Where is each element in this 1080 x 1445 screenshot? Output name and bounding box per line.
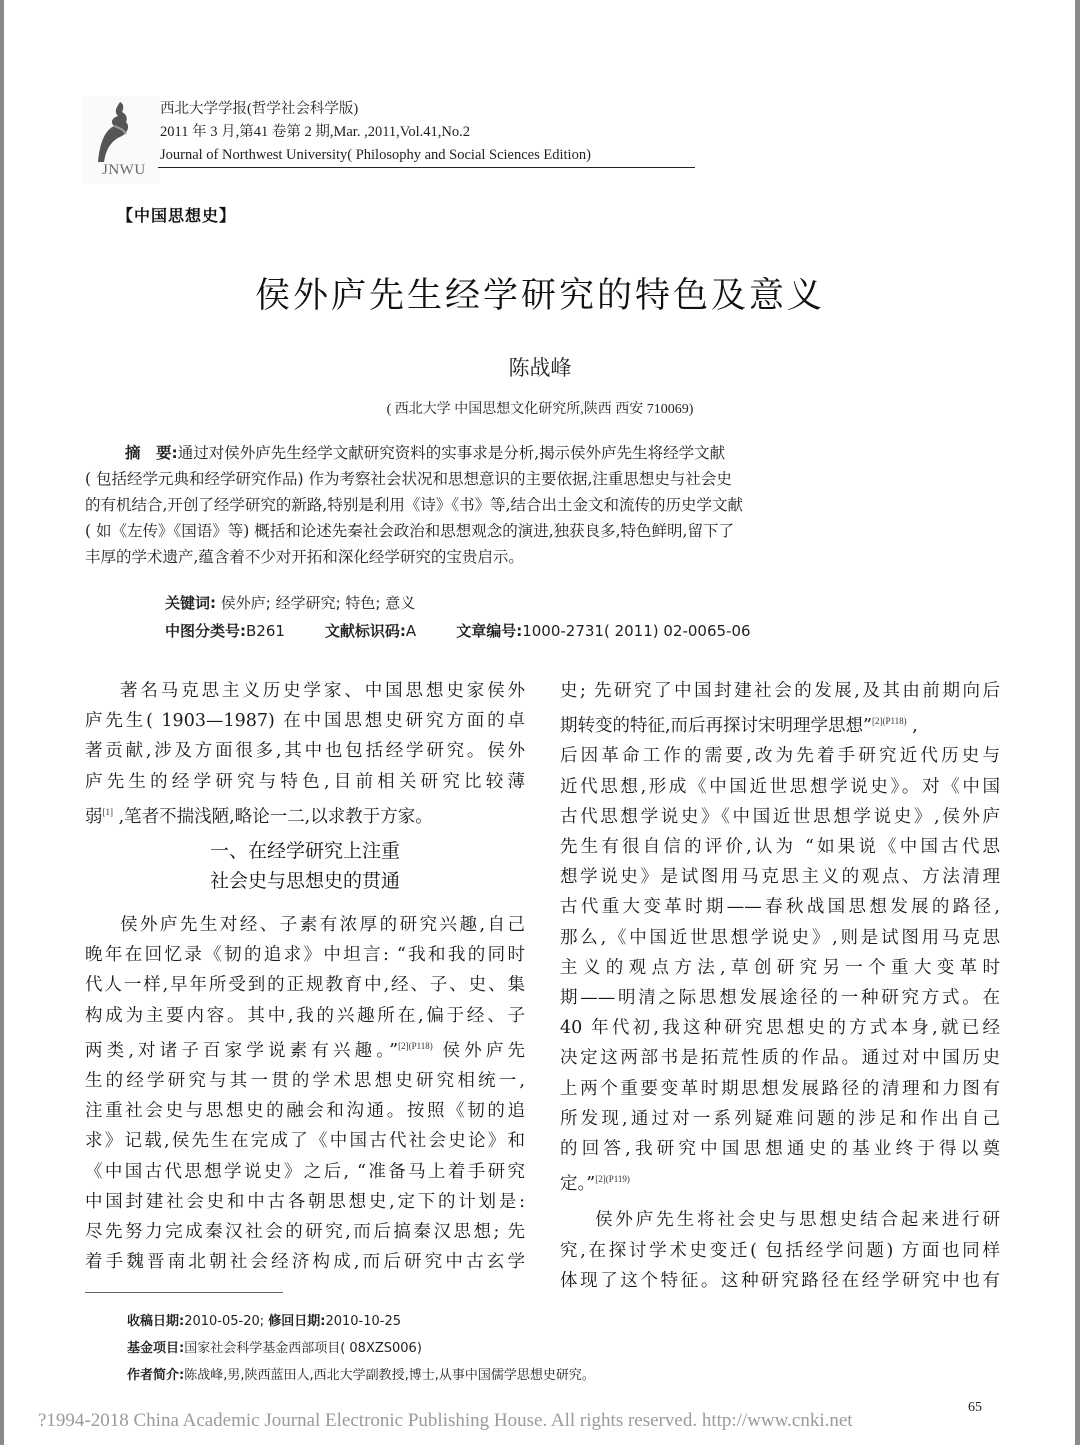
body-line: 代人一样,早年所受到的正规教育中,经、子、史、集 [85, 970, 525, 1000]
keywords: 关键词: 侯外庐; 经学研究; 特色; 意义 [165, 592, 415, 613]
body-line: 期转变的特征,而后再探讨宋明理学思想”[2](P118) , [560, 706, 1000, 741]
body-line: 庐先生的经学研究与特色,目前相关研究比较薄 [85, 767, 525, 797]
torch-logo-icon [90, 100, 140, 164]
body-line: 决定这两部书是拓荒性质的作品。通过对中国历史 [560, 1043, 1000, 1073]
copyright-watermark: ?1994-2018 China Academic Journal Electr… [38, 1410, 853, 1432]
footnote-rule [85, 1292, 283, 1293]
body-column-left: 著名马克思主义历史学家、中国思想史家侯外 庐先生( 1903—1987) 在中国… [85, 676, 525, 832]
page-right-edge [1075, 0, 1080, 1445]
article-title: 侯外庐先生经学研究的特色及意义 [0, 268, 1080, 318]
body-line: 晚年在回忆录《韧的追求》中坦言: “我和我的同时 [85, 940, 525, 970]
abstract: 摘 要:通过对侯外庐先生经学文献研究资料的实事求是分析,揭示侯外庐先生将经学文献… [85, 440, 965, 570]
masthead-rule [158, 167, 695, 168]
footnote-dates: 收稿日期:2010-05-20; 修回日期:2010-10-25 [127, 1310, 401, 1329]
abstract-line: ( 如《左传》《国语》等) 概括和论述先秦社会政治和思想观念的演进,独获良多,特… [85, 518, 965, 544]
keywords-value: 侯外庐; 经学研究; 特色; 意义 [221, 594, 415, 612]
body-line: 两类,对诸子百家学说素有兴趣。”[2](P118) 侯外庐先 [85, 1031, 525, 1066]
body-line: 尽先努力完成秦汉社会的研究,而后搞秦汉思想; 先 [85, 1217, 525, 1247]
page-left-edge [0, 0, 4, 1445]
article-author: 陈战峰 [0, 352, 1080, 382]
body-line: 上两个重要变革时期思想发展路径的清理和力图有 [560, 1074, 1000, 1104]
body-line: 庐先生( 1903—1987) 在中国思想史研究方面的卓 [85, 706, 525, 736]
body-line: 侯外庐先生将社会史与思想史结合起来进行研 [560, 1205, 1000, 1235]
journal-name-cn: 西北大学学报(哲学社会科学版) [160, 98, 591, 121]
citation: [2](P119) [595, 1174, 630, 1184]
body-line: 古代重大变革时期——春秋战国思想发展的路径, [560, 892, 1000, 922]
body-line: 侯外庐先生对经、子素有浓厚的研究兴趣,自己 [85, 910, 525, 940]
abstract-line: 丰厚的学术遗产,蕴含着不少对开拓和深化经学研究的宝贵启示。 [85, 544, 965, 570]
body-line: 古代思想学说史》《中国近世思想学说史》,侯外庐 [560, 802, 1000, 832]
keywords-label: 关键词: [165, 594, 216, 612]
body-line: 近代思想,形成《中国近世思想学说史》。对《中国 [560, 772, 1000, 802]
clc-label: 中图分类号: [165, 622, 246, 640]
body-line: 弱[1] ,笔者不揣浅陋,略论一二,以求教于方家。 [85, 797, 525, 832]
article-no-value: 1000-2731( 2011) 02-0065-06 [522, 622, 750, 640]
doc-code-value: A [406, 622, 416, 640]
body-line: 定。”[2](P119) [560, 1164, 1000, 1199]
body-line: 生的经学研究与其一贯的学术思想史研究相统一, [85, 1066, 525, 1096]
body-line: 想学说史》是试图用马克思主义的观点、方法清理 [560, 862, 1000, 892]
body-line: 著贡献,涉及方面很多,其中也包括经学研究。侯外 [85, 736, 525, 766]
body-line: 中国封建社会史和中古各朝思想史,定下的计划是: [85, 1187, 525, 1217]
journal-issue: 2011 年 3 月,第41 卷第 2 期,Mar. ,2011,Vol.41,… [160, 121, 591, 144]
body-line: 主义的观点方法,草创研究另一个重大变革时 [560, 953, 1000, 983]
body-line: 《中国古代思想学说史》之后, “准备马上着手研究 [85, 1157, 525, 1187]
clc-value: B261 [246, 622, 285, 640]
body-line: 著名马克思主义历史学家、中国思想史家侯外 [85, 676, 525, 706]
section-tag: 【中国思想史】 [117, 203, 236, 226]
body-line: 构成为主要内容。其中,我的兴趣所在,偏于经、子 [85, 1001, 525, 1031]
body-column-right: 史; 先研究了中国封建社会的发展,及其由前期向后 期转变的特征,而后再探讨宋明理… [560, 676, 1000, 1296]
classification-line: 中图分类号:B261文献标识码:A文章编号:1000-2731( 2011) 0… [165, 620, 751, 641]
journal-name-en: Journal of Northwest University( Philoso… [160, 144, 591, 167]
citation: [1] [103, 807, 114, 817]
footnote-author-bio: 作者简介:陈战峰,男,陕西蓝田人,西北大学副教授,博士,从事中国儒学思想史研究。 [127, 1364, 595, 1383]
footnote-fund: 基金项目:国家社会科学基金西部项目( 08XZS006) [127, 1337, 422, 1356]
body-line: 求》记载,侯先生在完成了《中国古代社会史论》和 [85, 1126, 525, 1156]
journal-logo: JNWU [82, 96, 160, 184]
body-line: 的回答,我研究中国思想通史的基业终于得以奠 [560, 1134, 1000, 1164]
page-number: 65 [968, 1400, 982, 1416]
citation: [2](P118) [872, 716, 907, 726]
citation: [2](P118) [398, 1041, 433, 1051]
article-affiliation: ( 西北大学 中国思想文化研究所,陕西 西安 710069) [0, 398, 1080, 418]
abstract-line: 摘 要:通过对侯外庐先生经学文献研究资料的实事求是分析,揭示侯外庐先生将经学文献 [85, 440, 965, 466]
body-line: 究,在探讨学术史变迁( 包括经学问题) 方面也同样 [560, 1236, 1000, 1266]
body-line: 先生有很自信的评价,认为 “如果说《中国古代思 [560, 832, 1000, 862]
doc-code-label: 文献标识码: [325, 622, 406, 640]
abstract-label: 摘 要: [125, 444, 178, 462]
body-line: 所发现,通过对一系列疑难问题的涉足和作出自己 [560, 1104, 1000, 1134]
abstract-line: ( 包括经学元典和经学研究作品) 作为考察社会状况和思想意识的主要依据,注重思想… [85, 466, 965, 492]
logo-text: JNWU [102, 162, 146, 179]
body-column-left-para2: 侯外庐先生对经、子素有浓厚的研究兴趣,自己 晚年在回忆录《韧的追求》中坦言: “… [85, 910, 525, 1277]
abstract-line: 的有机结合,开创了经学研究的新路,特别是利用《诗》《书》等,结合出土金文和流传的… [85, 492, 965, 518]
body-line: 体现了这个特征。这种研究路径在经学研究中也有 [560, 1266, 1000, 1296]
body-line: 那么,《中国近世思想学说史》,则是试图用马克思 [560, 923, 1000, 953]
article-no-label: 文章编号: [456, 622, 522, 640]
body-line: 史; 先研究了中国封建社会的发展,及其由前期向后 [560, 676, 1000, 706]
body-line: 期——明清之际思想发展途径的一种研究方式。在 [560, 983, 1000, 1013]
section-heading: 一、在经学研究上注重 社会史与思想史的贯通 [85, 836, 525, 896]
body-line: 后因革命工作的需要,改为先着手研究近代历史与 [560, 741, 1000, 771]
body-line: 着手魏晋南北朝社会经济构成,而后研究中古玄学 [85, 1247, 525, 1277]
body-line: 注重社会史与思想史的融会和沟通。按照《韧的追 [85, 1096, 525, 1126]
journal-masthead: 西北大学学报(哲学社会科学版) 2011 年 3 月,第41 卷第 2 期,Ma… [160, 98, 591, 167]
body-line: 40 年代初,我这种研究思想史的方式本身,就已经 [560, 1013, 1000, 1043]
